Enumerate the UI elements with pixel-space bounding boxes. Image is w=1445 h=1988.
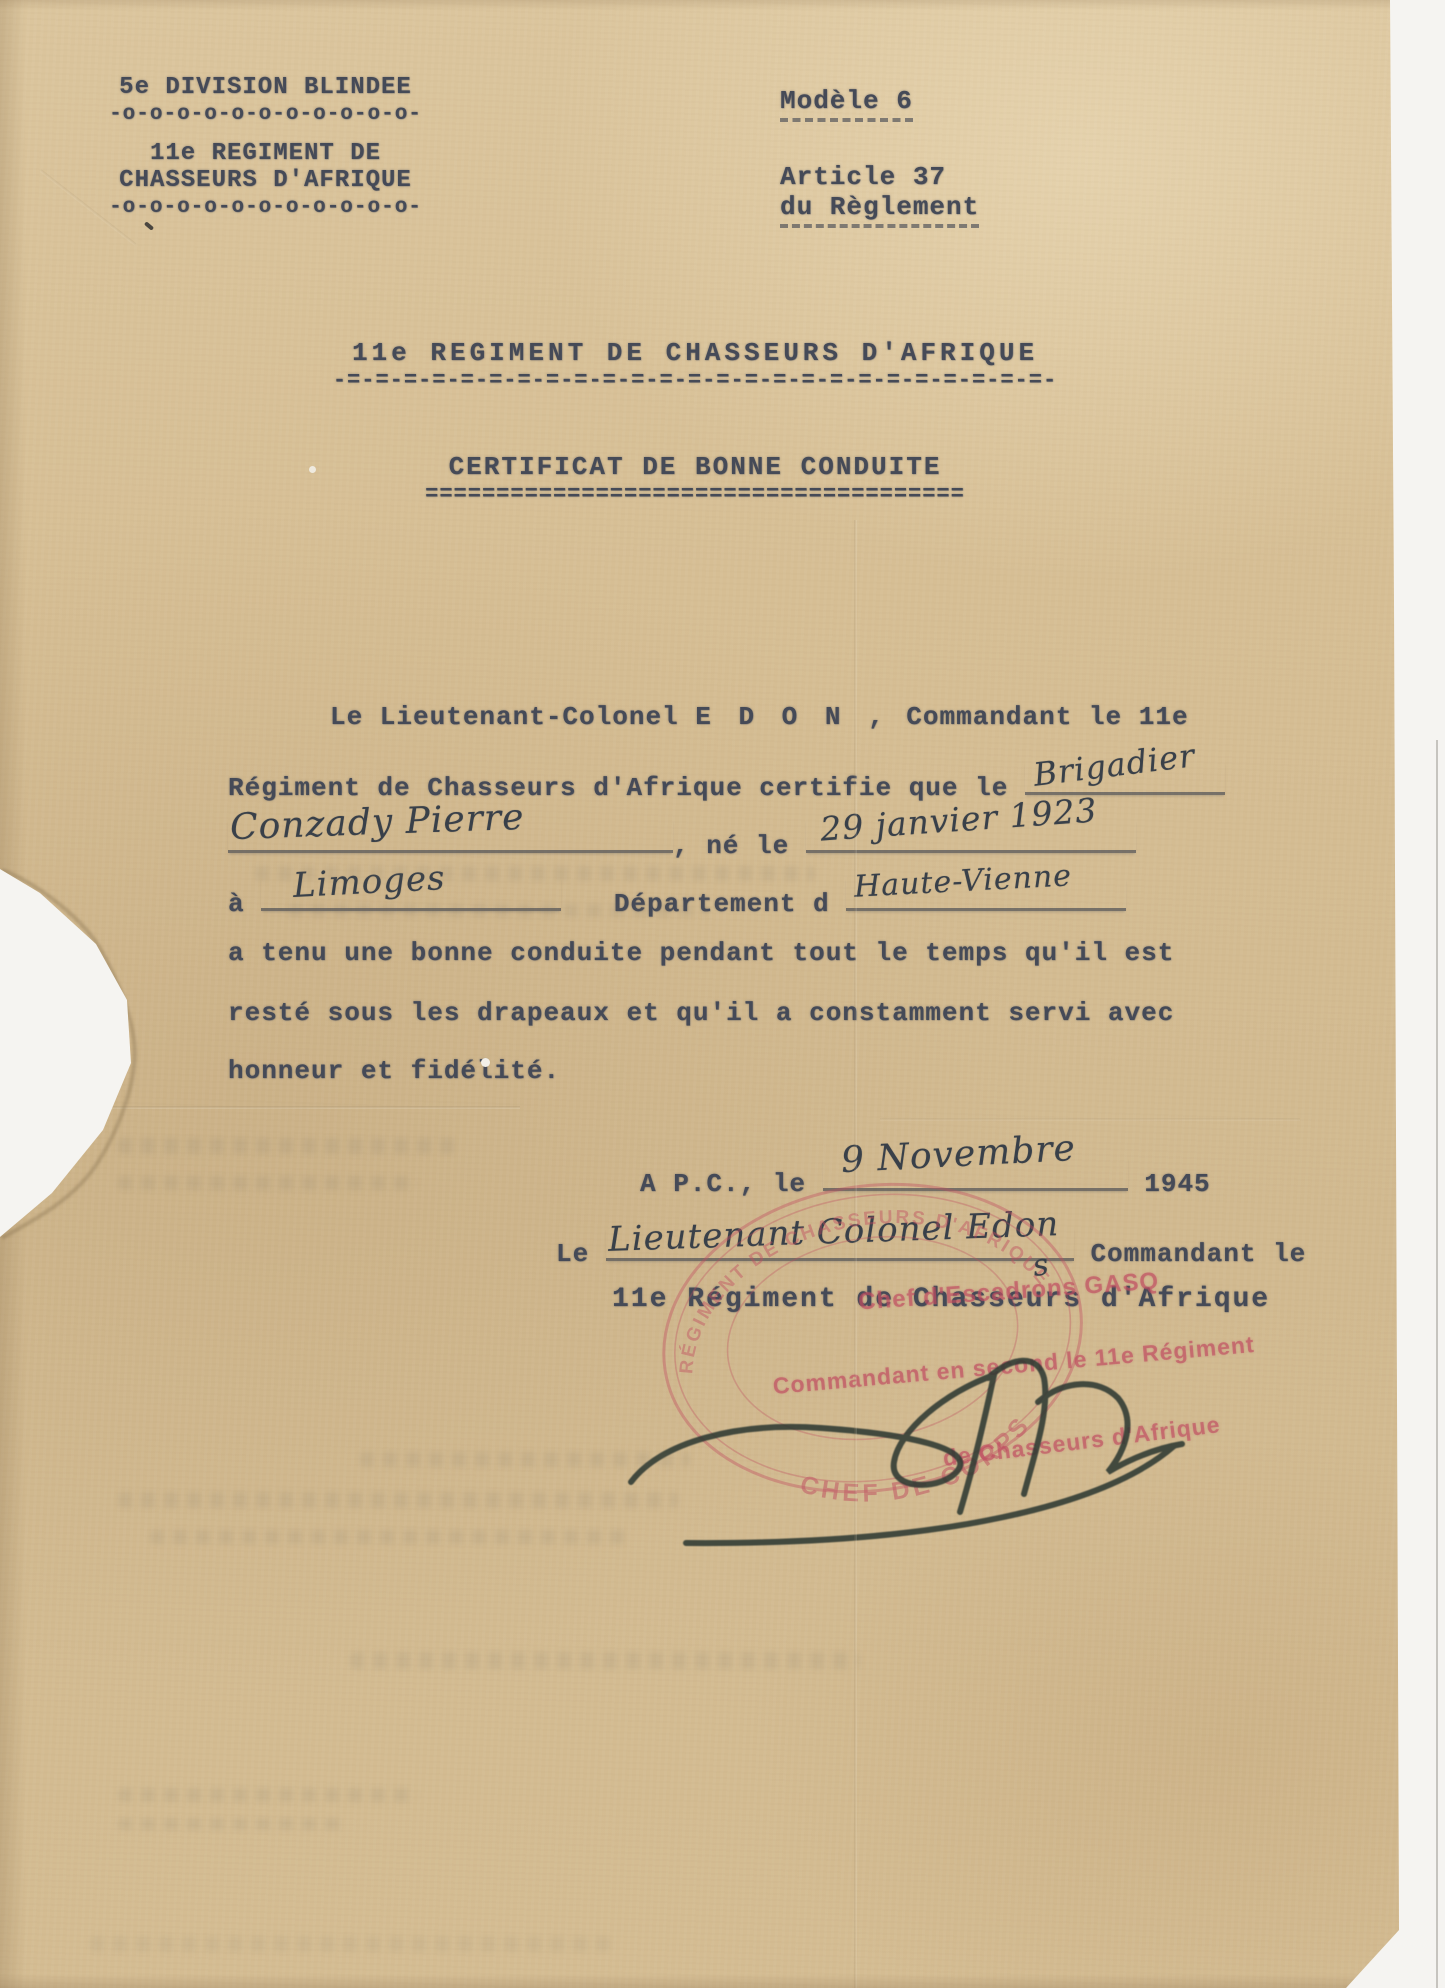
horizontal-fold-crease-left (0, 1106, 520, 1109)
handwritten-birthdate: 29 janvier 1923 (819, 790, 1099, 848)
bleed-through-text (360, 1452, 690, 1467)
handwritten-department: Haute-Vienne (854, 858, 1074, 904)
body-l4-dept: Département d (614, 889, 830, 919)
handwritten-birthplace: Limoges (292, 858, 446, 906)
stamp-arc-bottom-text: CHEF DE CORPS (789, 1407, 1045, 1521)
bleed-through-text (288, 904, 708, 917)
body-line-4: à Limoges Département d Haute-Vienne (228, 878, 1126, 919)
officer-blank-line: Lieutenant Colonel Edon (606, 1228, 1074, 1261)
closing-commandant: Commandant le (1090, 1239, 1306, 1269)
reference-block: Modèle 6 Article 37 du Règlement (780, 86, 979, 222)
round-regimental-stamp: RÉGIMENT DE CHASSEURS D'AFRIQUE CHEF DE … (624, 1135, 1122, 1546)
torn-edge-shadow (0, 860, 160, 1250)
certificate-subtitle: CERTIFICAT DE BONNE CONDUITE (0, 452, 1390, 482)
handwritten-rank: Brigadier (1031, 736, 1197, 794)
body-l1-post: Commandant le 11e (890, 702, 1189, 732)
name-blank-line: Conzady Pierre (228, 820, 673, 853)
bleed-through-text (118, 1818, 348, 1830)
regiment-line-1: 11e REGIMENT DE (108, 140, 423, 167)
unit-block: 5e DIVISION BLINDEE -o-o-o-o-o-o-o-o-o-o… (108, 74, 423, 219)
handwritten-name: Conzady Pierre (229, 797, 525, 848)
regiment-title-underline: -=-=-=-=-=-=-=-=-=-=-=-=-=-=-=-=-=-=-=-=… (0, 368, 1390, 393)
rank-blank-line: Brigadier (1025, 762, 1225, 795)
regiment-line-2: CHASSEURS D'AFRIQUE (108, 167, 423, 194)
body-line-7: honneur et fidélité. (228, 1056, 560, 1086)
ink-speck (144, 221, 154, 230)
bleed-through-text (350, 1652, 860, 1669)
paper-fleck (309, 466, 316, 473)
closing-line-2: 11e Régiment de Chasseurs d'Afrique (612, 1284, 1270, 1315)
body-l1-pre: Le Lieutenant-Colonel (330, 702, 695, 732)
stamp-regiment-line: de Chasseurs d'Afrique (941, 1411, 1221, 1472)
dateline-year: 1945 (1144, 1169, 1210, 1199)
bleed-through-text (118, 1788, 418, 1802)
body-l4-a: à (228, 889, 245, 919)
dateline-prefix: A P.C., le (640, 1169, 806, 1199)
ink-signature (586, 1330, 1276, 1565)
scanner-edge-line (1436, 740, 1438, 1988)
ornamental-divider-1: -o-o-o-o-o-o-o-o-o-o-o- (108, 103, 423, 126)
paper-fleck (481, 1058, 490, 1067)
bleed-through-text (150, 1530, 630, 1544)
bleed-through-text (118, 1138, 463, 1154)
stamp-arc-top-text: RÉGIMENT DE CHASSEURS D'AFRIQUE (656, 1181, 1061, 1378)
body-line-5: a tenu une bonne conduite pendant tout l… (228, 938, 1174, 968)
reglement-label: du Règlement (780, 192, 979, 228)
bleed-through-text (90, 1936, 610, 1952)
corner-crease (40, 169, 136, 245)
horizontal-fold-crease-right (880, 1118, 1300, 1121)
stamp-officer-line: Chef d'Escadrons GASQ (857, 1268, 1160, 1317)
stamp-function-line: Commandant en second le 11e Régiment (772, 1331, 1256, 1400)
body-line-6: resté sous les drapeaux et qu'il a const… (228, 998, 1174, 1028)
department-blank-line: Haute-Vienne (846, 878, 1126, 911)
body-line-1: Le Lieutenant-Colonel E D O N , Commanda… (330, 702, 1189, 732)
body-l3-text: , né le (673, 831, 789, 861)
date-line: A P.C., le 9 Novembre 1945 (640, 1158, 1211, 1199)
modele-label: Modèle 6 (780, 86, 913, 122)
svg-text:CHEF DE CORPS: CHEF DE CORPS (789, 1407, 1045, 1521)
handwritten-correction-mark: s (1031, 1247, 1051, 1284)
certificate-subtitle-underline: ====================================== (0, 482, 1390, 507)
regiment-title: 11e REGIMENT DE CHASSEURS D'AFRIQUE (0, 338, 1390, 368)
date-blank-line: 9 Novembre (823, 1158, 1128, 1191)
vertical-fold-crease (854, 520, 857, 1988)
svg-text:RÉGIMENT DE CHASSEURS D'AFRIQU: RÉGIMENT DE CHASSEURS D'AFRIQUE (656, 1181, 1061, 1378)
division-title: 5e DIVISION BLINDEE (108, 74, 423, 101)
body-line-2: Régiment de Chasseurs d'Afrique certifie… (228, 762, 1225, 803)
body-l2-text: Régiment de Chasseurs d'Afrique certifie… (228, 773, 1008, 803)
bleed-through-text (118, 1176, 418, 1190)
birthdate-blank-line: 29 janvier 1923 (806, 820, 1136, 853)
officer-name-typed: E D O N , (695, 702, 889, 732)
article-label: Article 37 (780, 162, 979, 192)
body-line-3: Conzady Pierre , né le 29 janvier 1923 (228, 820, 1136, 861)
bleed-through-text (118, 1492, 678, 1508)
bleed-through-text (255, 866, 815, 881)
handwritten-officer: Lieutenant Colonel Edon (607, 1204, 1059, 1260)
closing-line-1: Le Lieutenant Colonel Edon Commandant le (556, 1228, 1306, 1269)
scanned-certificate-page: { "document": { "unit_block": { "divisio… (0, 0, 1445, 1988)
handwritten-date: 9 Novembre (840, 1128, 1077, 1181)
closing-le: Le (556, 1239, 589, 1269)
paper-sheet: 5e DIVISION BLINDEE -o-o-o-o-o-o-o-o-o-o… (0, 0, 1445, 1988)
ornamental-divider-2: -o-o-o-o-o-o-o-o-o-o-o- (108, 196, 423, 219)
birthplace-blank-line: Limoges (261, 878, 561, 911)
